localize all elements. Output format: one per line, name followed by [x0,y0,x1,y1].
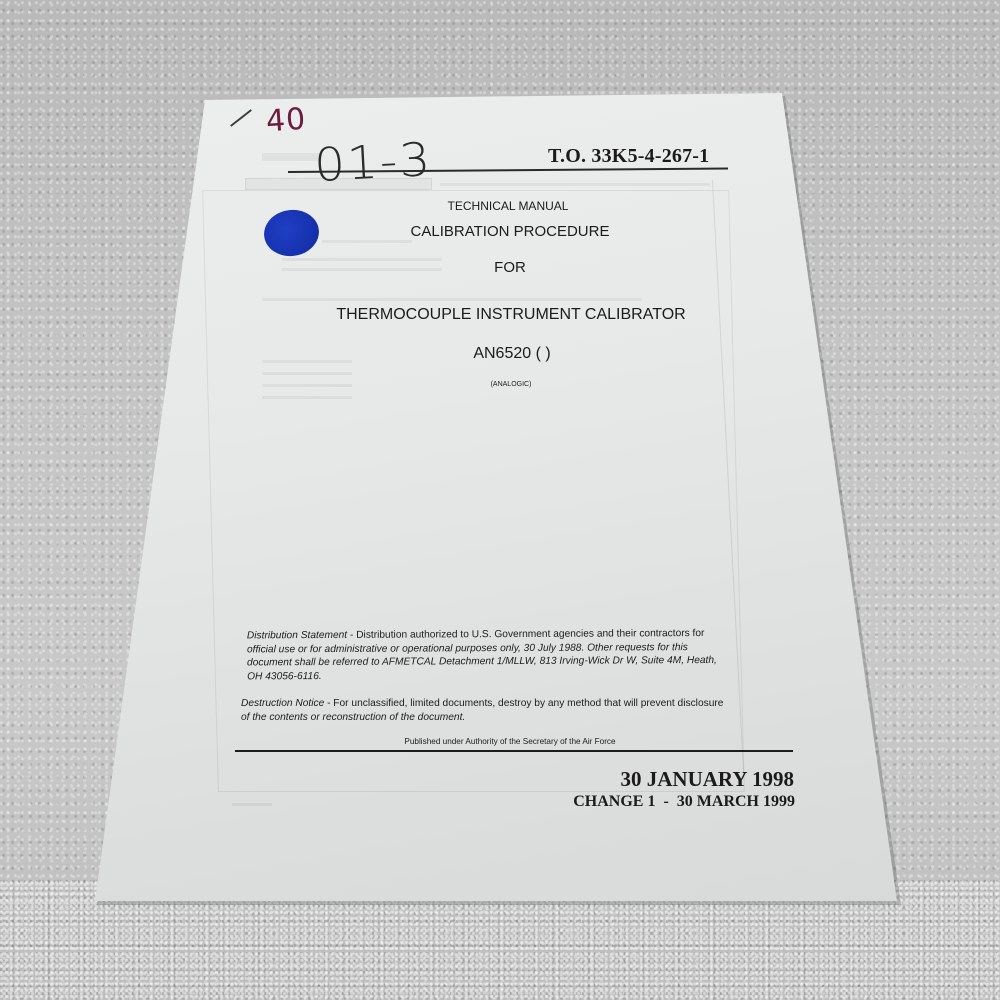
handwritten-number: 40 [265,102,308,140]
instrument-name: THERMOCOUPLE INSTRUMENT CALIBRATOR [336,306,685,324]
footer-rule [235,750,793,752]
distribution-line-1: - Distribution authorized to U.S. Govern… [347,628,704,641]
document-type: TECHNICAL MANUAL [448,199,569,213]
distribution-line-3: document shall be referred to AFMETCAL D… [247,655,717,668]
bleed-through-text [262,360,352,363]
destruction-line-1: - For unclassified, limited documents, d… [324,698,723,709]
bleed-through-text [262,298,642,301]
handwritten-copy-number: 01-3 [313,132,434,192]
bleed-through-text [262,396,352,399]
publication-date: 30 JANUARY 1998 [621,767,794,792]
bleed-through-text [262,384,352,387]
distribution-statement: Distribution Statement - Distribution au… [247,627,787,685]
for-label: FOR [494,259,526,276]
distribution-line-2: official use or for administrative or op… [247,642,688,655]
bleed-through-text [232,803,272,806]
bleed-through-text [282,268,442,271]
destruction-line-2: of the contents or reconstruction of the… [241,712,465,723]
bleed-through-text [440,183,710,186]
destruction-notice: Destruction Notice - For unclassified, l… [241,697,801,725]
bleed-through-text [262,372,352,375]
handwritten-slash [230,109,252,127]
document-content: 40 01-3 T.O. 33K5-4-267-1 TECHNICAL MANU… [0,0,1000,1000]
distribution-line-4: OH 43056-6116. [247,671,322,682]
procedure-title: CALIBRATION PROCEDURE [411,223,610,240]
technical-order-number: T.O. 33K5-4-267-1 [548,145,709,168]
change-date: CHANGE 1 - 30 MARCH 1999 [573,793,795,811]
bleed-through-text [322,240,412,243]
publishing-authority: Published under Authority of the Secreta… [404,737,615,746]
destruction-label: Destruction Notice [241,698,324,709]
bleed-through-text [282,258,442,261]
model-number: AN6520 ( ) [473,345,550,363]
manufacturer-name: (ANALOGIC) [491,381,532,388]
distribution-label: Distribution Statement [247,630,347,642]
